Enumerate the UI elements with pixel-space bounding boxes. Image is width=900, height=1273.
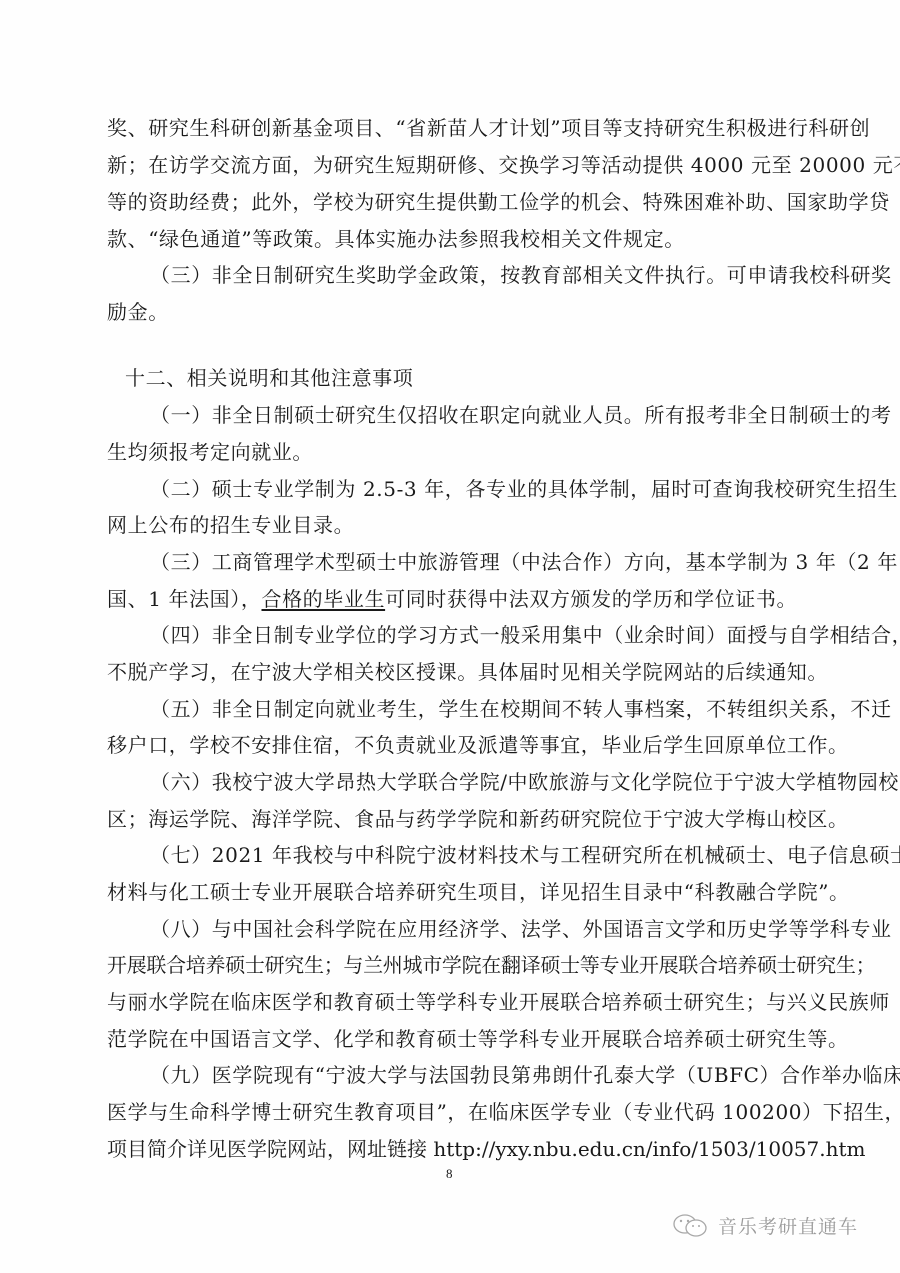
text-line: 移户口，学校不安排住宿，不负责就业及派遣等事宜，毕业后学生回原单位工作。 xyxy=(107,733,797,757)
underlined-text: 合格的毕业生 xyxy=(261,587,385,611)
text-line: 不脱产学习，在宁波大学相关校区授课。具体届时见相关学院网站的后续通知。 xyxy=(107,660,797,684)
text-line: 区；海运学院、海洋学院、食品与药学学院和新药研究院位于宁波大学梅山校区。 xyxy=(107,807,797,831)
text-line: 材料与化工硕士专业开展联合培养研究生项目，详见招生目录中“科教融合学院”。 xyxy=(107,880,797,904)
text-line: 等的资助经费；此外，学校为研究生提供勤工俭学的机会、特殊困难补助、国家助学贷 xyxy=(107,190,797,214)
text-line: 项目简介详见医学院网站，网址链接 http://yxy.nbu.edu.cn/i… xyxy=(107,1137,797,1161)
text-line: （三）工商管理学术型硕士中旅游管理（中法合作）方向，基本学制为 3 年（2 年中 xyxy=(150,550,840,574)
section-heading: 十二、相关说明和其他注意事项 xyxy=(125,366,815,390)
text-line: 生均须报考定向就业。 xyxy=(107,440,797,464)
text-line: （五）非全日制定向就业考生，学生在校期间不转人事档案，不转组织关系，不迁 xyxy=(150,697,840,721)
wechat-icon xyxy=(672,1213,710,1239)
text-fragment: 可同时获得中法双方颁发的学历和学位证书。 xyxy=(385,587,797,611)
text-line: 网上公布的招生专业目录。 xyxy=(107,513,797,537)
text-line: 款、“绿色通道”等政策。具体实施办法参照我校相关文件规定。 xyxy=(107,227,797,251)
text-line: （七）2021 年我校与中科院宁波材料技术与工程研究所在机械硕士、电子信息硕士、 xyxy=(150,843,840,867)
text-fragment: 国、1 年法国）， xyxy=(107,587,261,611)
document-page: 奖、研究生科研创新基金项目、“省新苗人才计划”项目等支持研究生积极进行科研创 新… xyxy=(0,0,900,1273)
text-line: 奖、研究生科研创新基金项目、“省新苗人才计划”项目等支持研究生积极进行科研创 xyxy=(107,116,797,140)
text-line: 范学院在中国语言文学、化学和教育硕士等学科专业开展联合培养硕士研究生等。 xyxy=(107,1027,797,1051)
text-line: 开展联合培养硕士研究生；与兰州城市学院在翻译硕士等专业开展联合培养硕士研究生； xyxy=(107,953,797,977)
text-line: （六）我校宁波大学昂热大学联合学院/中欧旅游与文化学院位于宁波大学植物园校 xyxy=(150,770,840,794)
page-number: 8 xyxy=(446,1166,453,1182)
watermark: 音乐考研直通车 xyxy=(672,1212,858,1239)
watermark-text: 音乐考研直通车 xyxy=(718,1212,858,1239)
text-line: （一）非全日制硕士研究生仅招收在职定向就业人员。所有报考非全日制硕士的考 xyxy=(150,403,840,427)
text-line: （九）医学院现有“宁波大学与法国勃艮第弗朗什孔泰大学（UBFC）合作举办临床 xyxy=(150,1063,840,1087)
text-line: 励金。 xyxy=(107,300,797,324)
text-line: 医学与生命科学博士研究生教育项目”，在临床医学专业（专业代码 100200）下招… xyxy=(107,1100,797,1124)
text-line: （八）与中国社会科学院在应用经济学、法学、外国语言文学和历史学等学科专业 xyxy=(150,917,840,941)
text-line: （二）硕士专业学制为 2.5-3 年，各专业的具体学制，届时可查询我校研究生招生 xyxy=(150,477,840,501)
text-line: 与丽水学院在临床医学和教育硕士等学科专业开展联合培养硕士研究生；与兴义民族师 xyxy=(107,990,797,1014)
text-line: 国、1 年法国），合格的毕业生可同时获得中法双方颁发的学历和学位证书。 xyxy=(107,587,797,611)
text-line: （四）非全日制专业学位的学习方式一般采用集中（业余时间）面授与自学相结合， xyxy=(150,623,840,647)
text-line: （三）非全日制研究生奖助学金政策，按教育部相关文件执行。可申请我校科研奖 xyxy=(150,263,840,287)
text-line: 新；在访学交流方面，为研究生短期研修、交换学习等活动提供 4000 元至 200… xyxy=(107,153,797,177)
